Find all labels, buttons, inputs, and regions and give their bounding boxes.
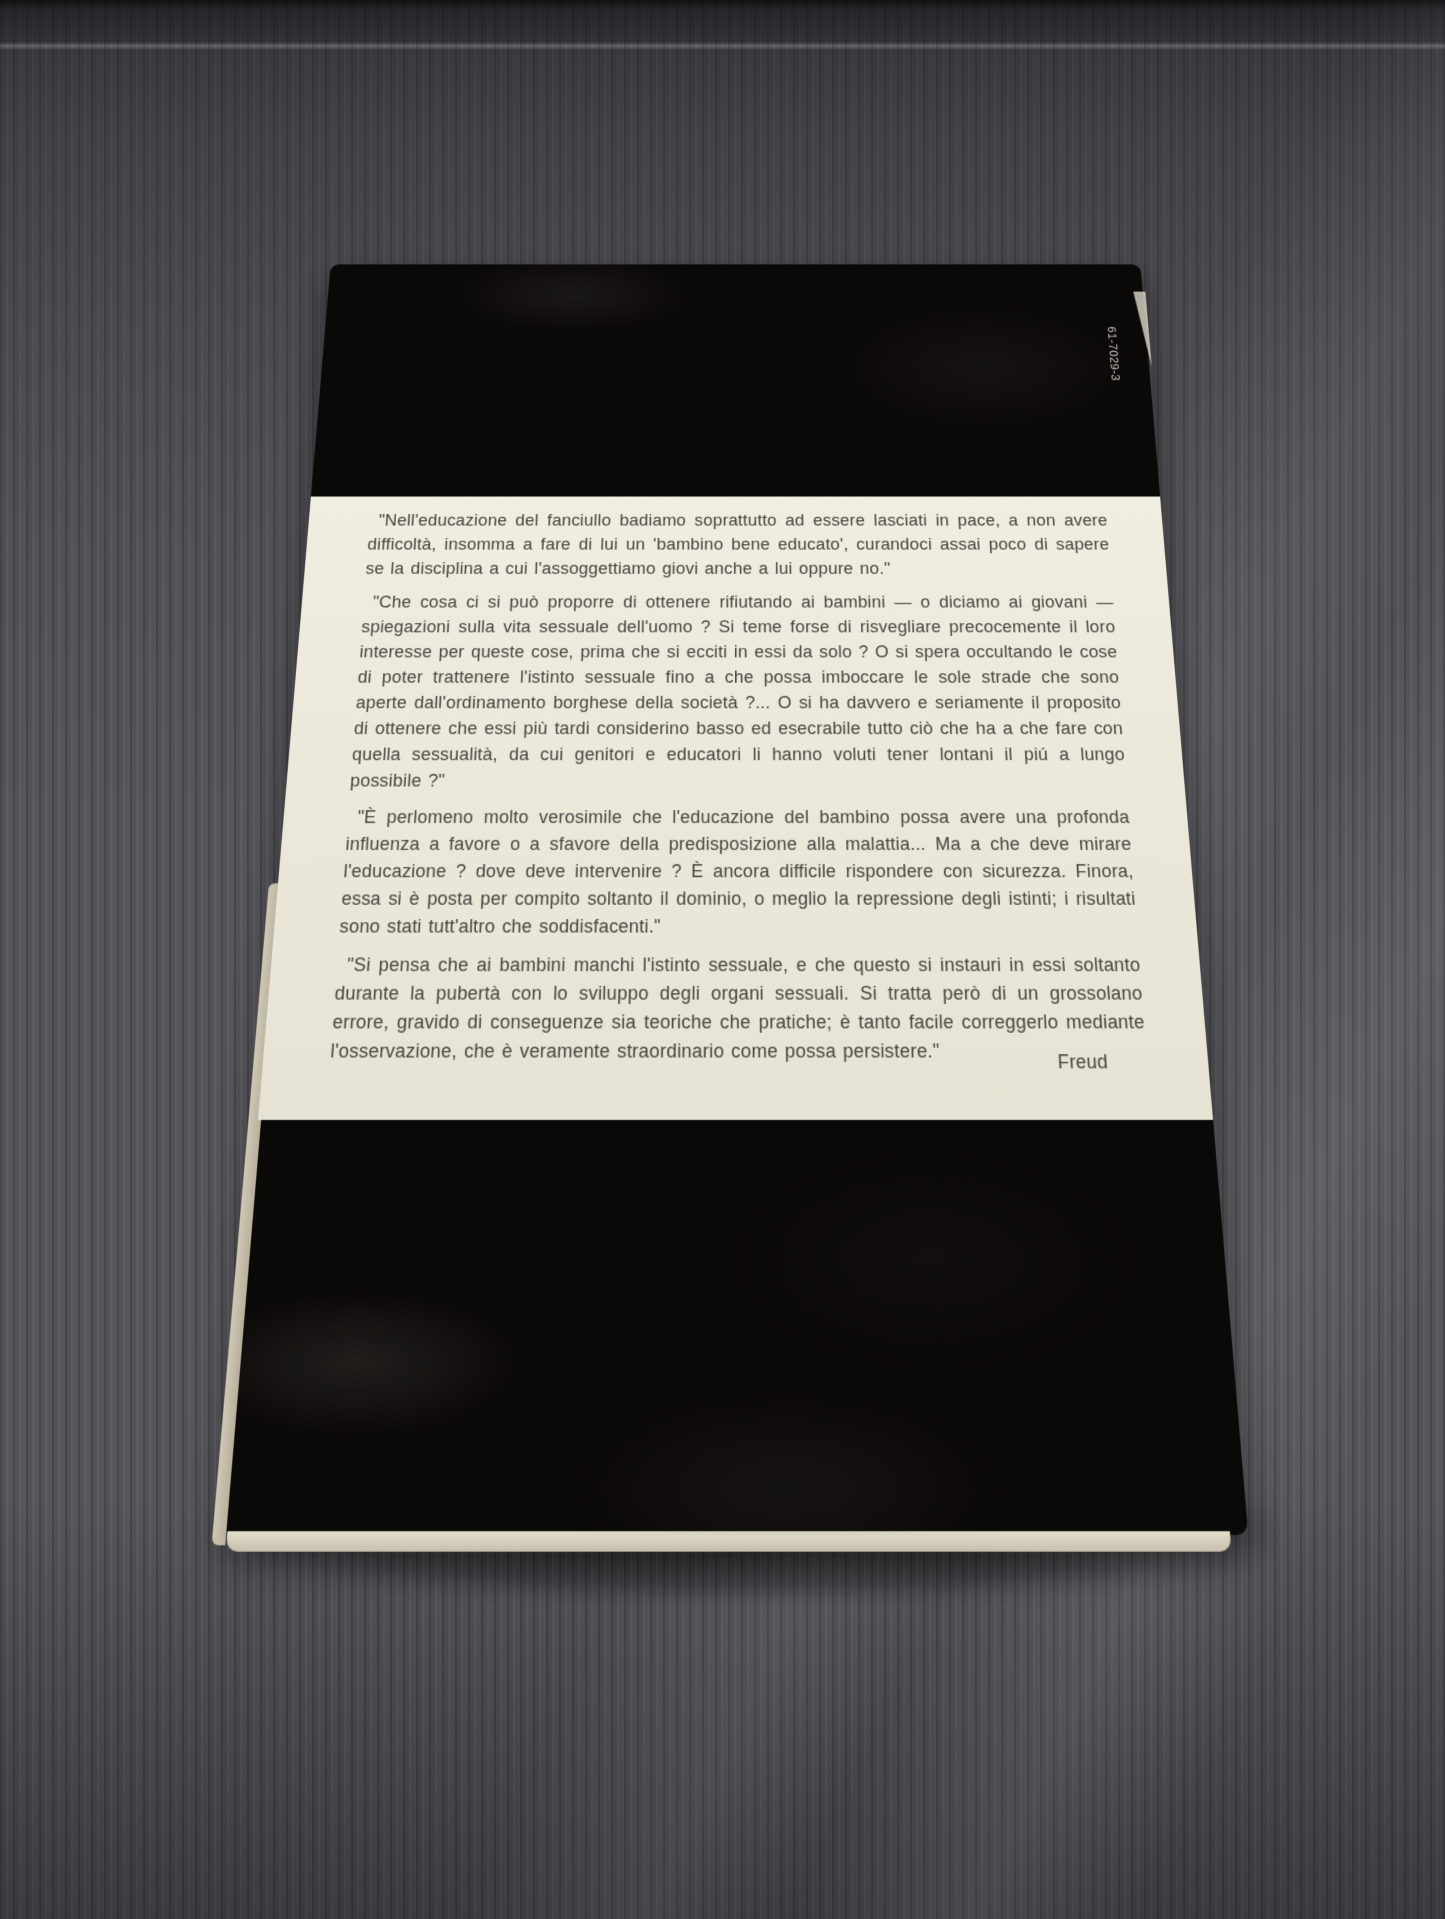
quote-paragraph: "È perlomeno molto verosimile che l'educ… <box>339 804 1139 941</box>
page-edges-bottom <box>226 1531 1232 1551</box>
publisher-code: 61-7029-3 <box>1103 319 1123 388</box>
book-back-cover: 61-7029-3 "Nell'educazione del fanciullo… <box>223 264 1249 1535</box>
photo-background: 61-7029-3 "Nell'educazione del fanciullo… <box>0 0 1445 1919</box>
quote-paragraph: "Che cosa ci si può proporre di ottenere… <box>349 590 1127 794</box>
quote-paragraph: "Nell'educazione del fanciullo badiamo s… <box>365 509 1112 581</box>
quote-panel: "Nell'educazione del fanciullo badiamo s… <box>258 497 1213 1120</box>
